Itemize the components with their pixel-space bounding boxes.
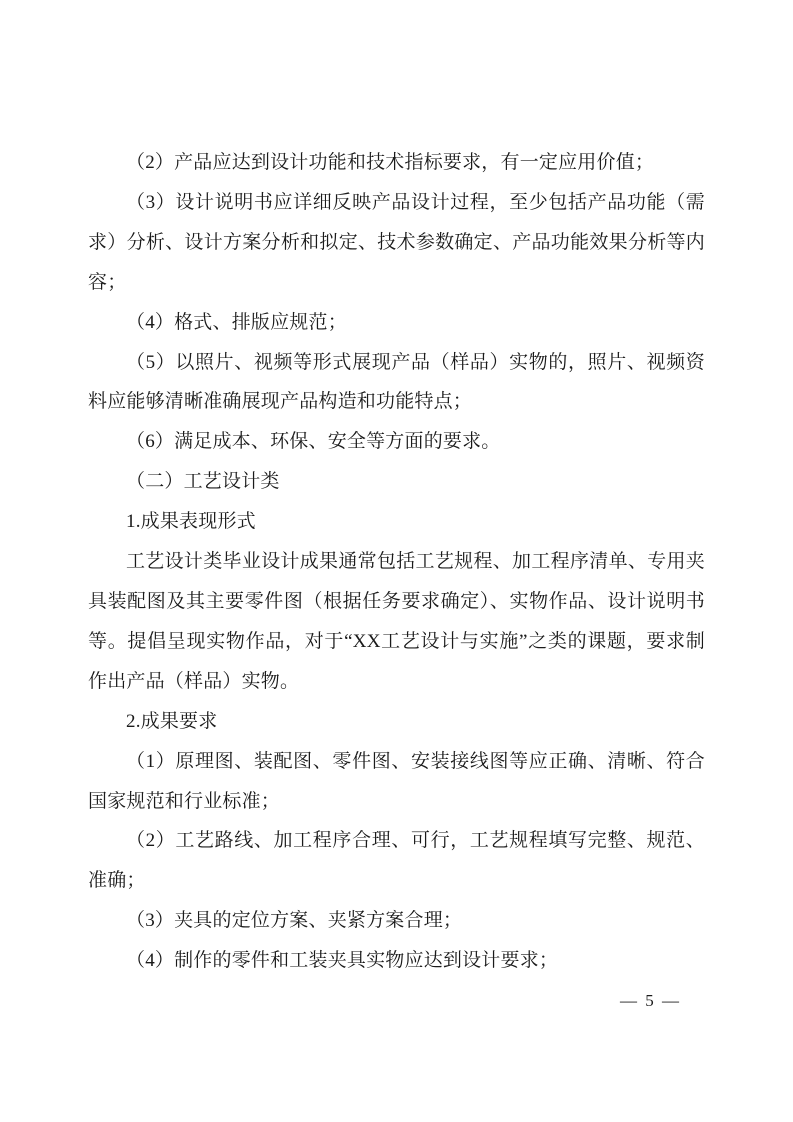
document-paragraph: （6）满足成本、环保、安全等方面的要求。 [88,422,705,462]
section-heading: （二）工艺设计类 [88,462,705,502]
subsection-heading: 2.成果要求 [88,702,705,742]
subsection-heading: 1.成果表现形式 [88,502,705,542]
document-body: （2）产品应达到设计功能和技术指标要求，有一定应用价值； （3）设计说明书应详细… [88,143,705,981]
document-paragraph: （4）制作的零件和工装夹具实物应达到设计要求； [88,941,705,981]
document-paragraph: （2）工艺路线、加工程序合理、可行，工艺规程填写完整、规范、准确； [88,821,705,901]
document-paragraph: （5）以照片、视频等形式展现产品（样品）实物的，照片、视频资料应能够清晰准确展现… [88,343,705,423]
document-paragraph: 工艺设计类毕业设计成果通常包括工艺规程、加工程序清单、专用夹具装配图及其主要零件… [88,542,705,702]
document-paragraph: （3）夹具的定位方案、夹紧方案合理； [88,901,705,941]
document-paragraph: （1）原理图、装配图、零件图、安装接线图等应正确、清晰、符合国家规范和行业标准； [88,742,705,822]
document-paragraph: （4）格式、排版应规范； [88,303,705,343]
document-paragraph: （2）产品应达到设计功能和技术指标要求，有一定应用价值； [88,143,705,183]
document-page: （2）产品应达到设计功能和技术指标要求，有一定应用价值； （3）设计说明书应详细… [0,0,793,1122]
page-number: — 5 — [620,991,681,1011]
document-paragraph: （3）设计说明书应详细反映产品设计过程，至少包括产品功能（需求）分析、设计方案分… [88,183,705,303]
